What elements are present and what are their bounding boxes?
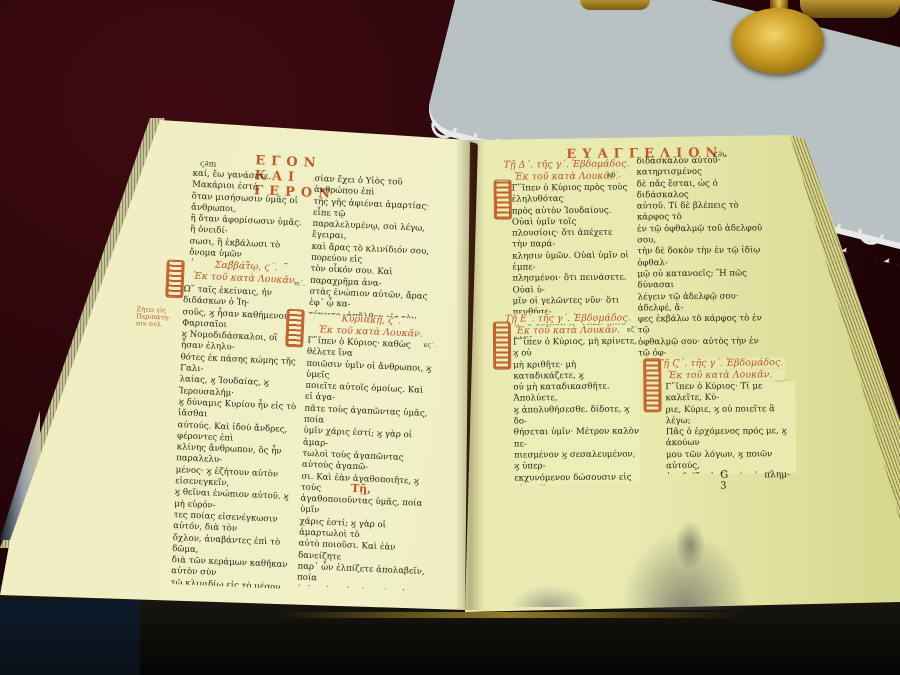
column-text: Γ῞ῖπεν ὁ Κύριος, μὴ κρίνετε, ϗ οὐ μὴ κρι… (513, 336, 640, 485)
verse-number: ιε΄. (294, 279, 306, 287)
initial-ornament-icon (494, 180, 512, 220)
gold-ornament (580, 0, 650, 10)
column-text: Ω῞ ταῖς ἐκείναις, ἦν διδάσκων ὁ Ἰη- σοῦς… (171, 284, 302, 589)
column-text: Γ῞ῖπεν ὁ Κύριος· Τί με καλεῖτε, Κύ- ριε,… (665, 381, 796, 474)
catchword: πλημ- (764, 470, 790, 480)
column-text: διδάσκαλον αὐτοῦ· κατηρτισμένος δὲ πᾶς ἔ… (636, 155, 773, 356)
catchword: Τῇ, (351, 482, 372, 496)
initial-ornament-icon (493, 322, 511, 370)
object-shadow (510, 585, 590, 607)
initial-ornament-icon (643, 358, 661, 412)
page-number: ϛ∂m (200, 159, 217, 169)
verse-number: κδ΄. (608, 171, 621, 179)
gold-ornament (800, 0, 900, 18)
blue-cloth (0, 600, 140, 675)
initial-ornament-icon (165, 260, 185, 299)
rubric-title: Τῇ Ε΄. τῆς γ΄. Ἑβδομάδος. (503, 312, 633, 324)
rubric-subtitle: Ἐκ τοῦ κατὰ Λουκᾶν. (655, 369, 785, 381)
gold-trim (280, 612, 740, 618)
rubric-title: Τῇ Ϛ΄. τῆς γ΄. Ἑβδομάδος. (655, 357, 785, 369)
book-gutter (455, 140, 485, 610)
candlestick-shadow (620, 530, 750, 610)
margin-note-red: Ζήτει εἰς Περιπάτη- σιν σελ. (136, 306, 171, 328)
rubric-subtitle: Ἐκ τοῦ κατὰ Λουκᾶν. (503, 324, 633, 336)
column-text: Γ῞ῖπεν ὁ Κύριος· καθὼς θέλετε ἵνα ποιῶσι… (297, 336, 436, 591)
rubric-title: Τῇ Δ΄. τῆς γ΄. Ἑβδομάδος. (501, 158, 631, 170)
signature-mark: G 3 (720, 470, 728, 492)
column-text: σίαν ἔχει ὁ Υἱὸς τοῦ ἀνθρώπου ἐπὶ τῆς γῆ… (309, 174, 443, 319)
column-text: καί, ἔω γανάσετε. Μακάριοι ἐστέ, ὅταν μι… (189, 169, 311, 266)
gold-candlestick-base (732, 8, 824, 74)
initial-ornament-icon (285, 309, 305, 348)
